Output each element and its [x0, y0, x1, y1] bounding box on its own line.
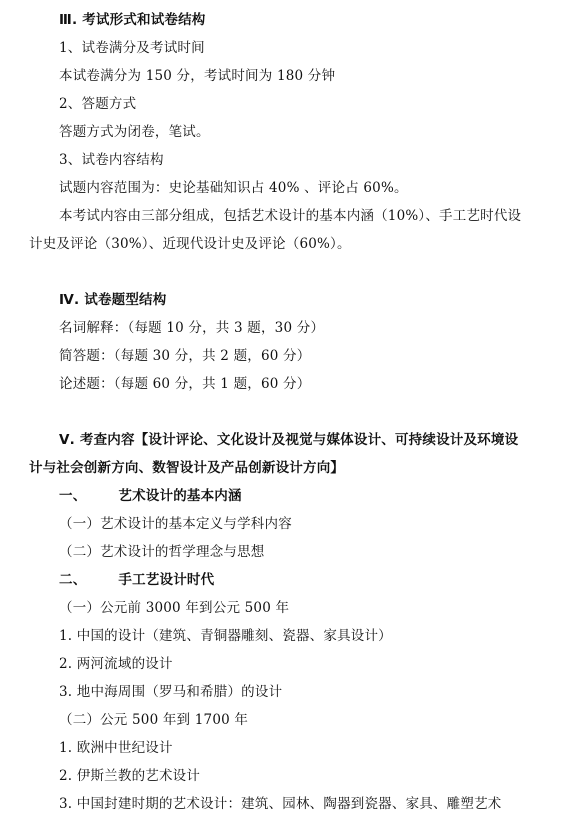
part-2-sub-1: （一）公元前 3000 年到公元 500 年: [59, 599, 289, 617]
part-2-sub-1-item-1: 1. 中国的设计（建筑、青铜器雕刻、瓷器、家具设计）: [59, 627, 392, 645]
section-5-heading: Ⅴ. 考查内容【设计评论、文化设计及视觉与媒体设计、可持续设计及环境设计与社会创…: [29, 426, 529, 482]
question-type-3: 论述题：（每题 60 分，共 1 题，60 分）: [59, 375, 310, 393]
part-2-sub-2-item-2: 2. 伊斯兰教的艺术设计: [59, 767, 200, 785]
part-2-sub-1-item-3: 3. 地中海周围（罗马和希腊）的设计: [59, 683, 282, 701]
part-2-heading: 二、手工艺设计时代: [59, 571, 214, 589]
question-type-1: 名词解释：（每题 10 分，共 3 题，30 分）: [59, 319, 324, 337]
part-1-number: 一、: [59, 488, 86, 504]
part-1-title: 艺术设计的基本内涵: [118, 488, 241, 504]
section-3-item-3-title: 3、试卷内容结构: [59, 151, 164, 169]
part-2-sub-2: （二）公元 500 年到 1700 年: [59, 711, 248, 729]
part-2-sub-2-item-3: 3. 中国封建时期的艺术设计：建筑、园林、陶器到瓷器、家具、雕塑艺术: [59, 795, 501, 813]
part-1-heading: 一、艺术设计的基本内涵: [59, 487, 242, 505]
part-2-sub-1-item-2: 2. 两河流域的设计: [59, 655, 173, 673]
part-2-title: 手工艺设计时代: [118, 572, 214, 588]
section-3-item-1-title: 1、试卷满分及考试时间: [59, 39, 205, 57]
section-3-item-3-paragraph: 本考试内容由三部分组成，包括艺术设计的基本内涵（10%）、手工艺时代设计史及评论…: [29, 202, 529, 258]
part-2-number: 二、: [59, 572, 86, 588]
part-1-item-1: （一）艺术设计的基本定义与学科内容: [59, 515, 292, 533]
section-3-item-1-text: 本试卷满分为 150 分，考试时间为 180 分钟: [59, 67, 335, 85]
section-3-item-3-text: 试题内容范围为：史论基础知识占 40% 、评论占 60%。: [59, 179, 408, 197]
section-3-item-2-title: 2、答题方式: [59, 95, 136, 113]
part-1-item-2: （二）艺术设计的哲学理念与思想: [59, 543, 265, 561]
part-2-sub-2-item-1: 1. 欧洲中世纪设计: [59, 739, 173, 757]
section-3-heading: Ⅲ. 考试形式和试卷结构: [59, 11, 206, 29]
section-4-heading: Ⅳ. 试卷题型结构: [59, 291, 166, 309]
section-3-item-2-text: 答题方式为闭卷，笔试。: [59, 123, 210, 141]
question-type-2: 简答题：（每题 30 分，共 2 题，60 分）: [59, 347, 310, 365]
